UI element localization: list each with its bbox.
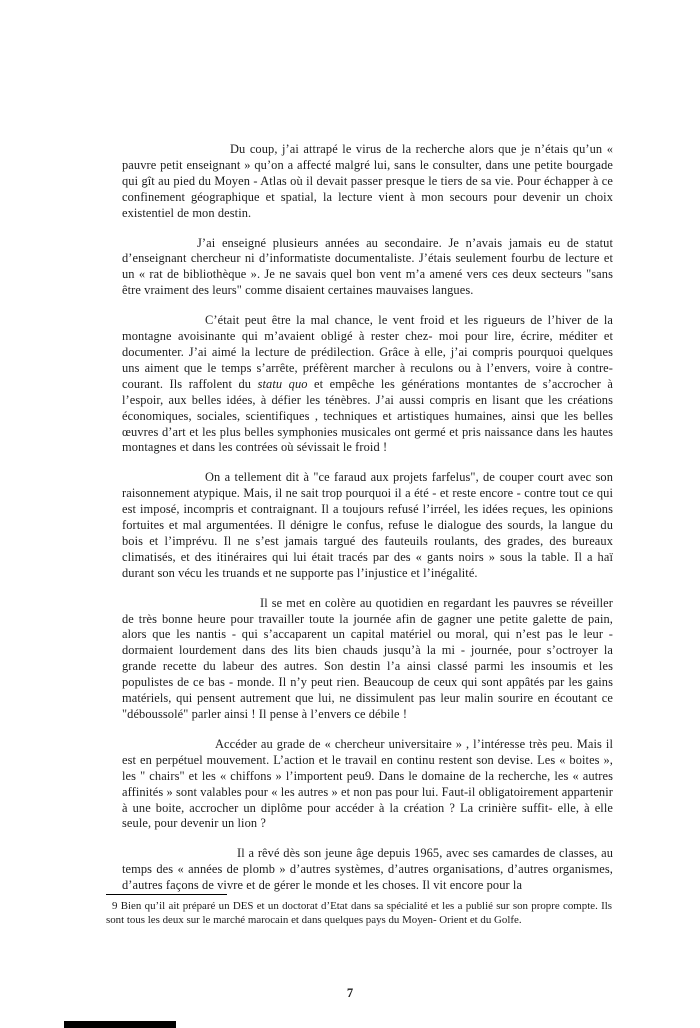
scan-artifact-bar bbox=[64, 1021, 176, 1028]
paragraph-1: Du coup, j’ai attrapé le virus de la rec… bbox=[122, 142, 613, 222]
paragraph-4-text: On a tellement dit à "ce faraud aux proj… bbox=[122, 470, 613, 579]
footnote-separator-rule bbox=[106, 894, 227, 895]
paragraph-2-text: J’ai enseigné plusieurs années au second… bbox=[122, 236, 613, 298]
footnote-body-text: Bien qu’il ait préparé un DES et un doct… bbox=[106, 900, 612, 926]
footnote-marker: 9 bbox=[112, 900, 117, 912]
paragraph-6-text: Accéder au grade de « chercheur universi… bbox=[122, 737, 613, 831]
paragraph-3: C’était peut être la mal chance, le vent… bbox=[122, 313, 613, 456]
paragraph-5-text: Il se met en colère au quotidien en rega… bbox=[122, 596, 613, 721]
paragraph-5: Il se met en colère au quotidien en rega… bbox=[122, 596, 613, 723]
paragraph-3-italic-phrase: statu quo bbox=[258, 377, 308, 391]
paragraph-7-text: Il a rêvé dès son jeune âge depuis 1965,… bbox=[122, 846, 613, 892]
document-page: Du coup, j’ai attrapé le virus de la rec… bbox=[0, 0, 700, 1028]
footnote: 9 Bien qu’il ait préparé un DES et un do… bbox=[106, 894, 612, 927]
paragraph-2: J’ai enseigné plusieurs années au second… bbox=[122, 236, 613, 300]
paragraph-6: Accéder au grade de « chercheur universi… bbox=[122, 737, 613, 832]
paragraph-4: On a tellement dit à "ce faraud aux proj… bbox=[122, 470, 613, 581]
paragraph-1-text: Du coup, j’ai attrapé le virus de la rec… bbox=[122, 142, 613, 220]
footnote-text: 9 Bien qu’il ait préparé un DES et un do… bbox=[106, 900, 612, 927]
text-content: Du coup, j’ai attrapé le virus de la rec… bbox=[122, 142, 613, 908]
paragraph-7: Il a rêvé dès son jeune âge depuis 1965,… bbox=[122, 846, 613, 894]
page-number: 7 bbox=[0, 986, 700, 1001]
